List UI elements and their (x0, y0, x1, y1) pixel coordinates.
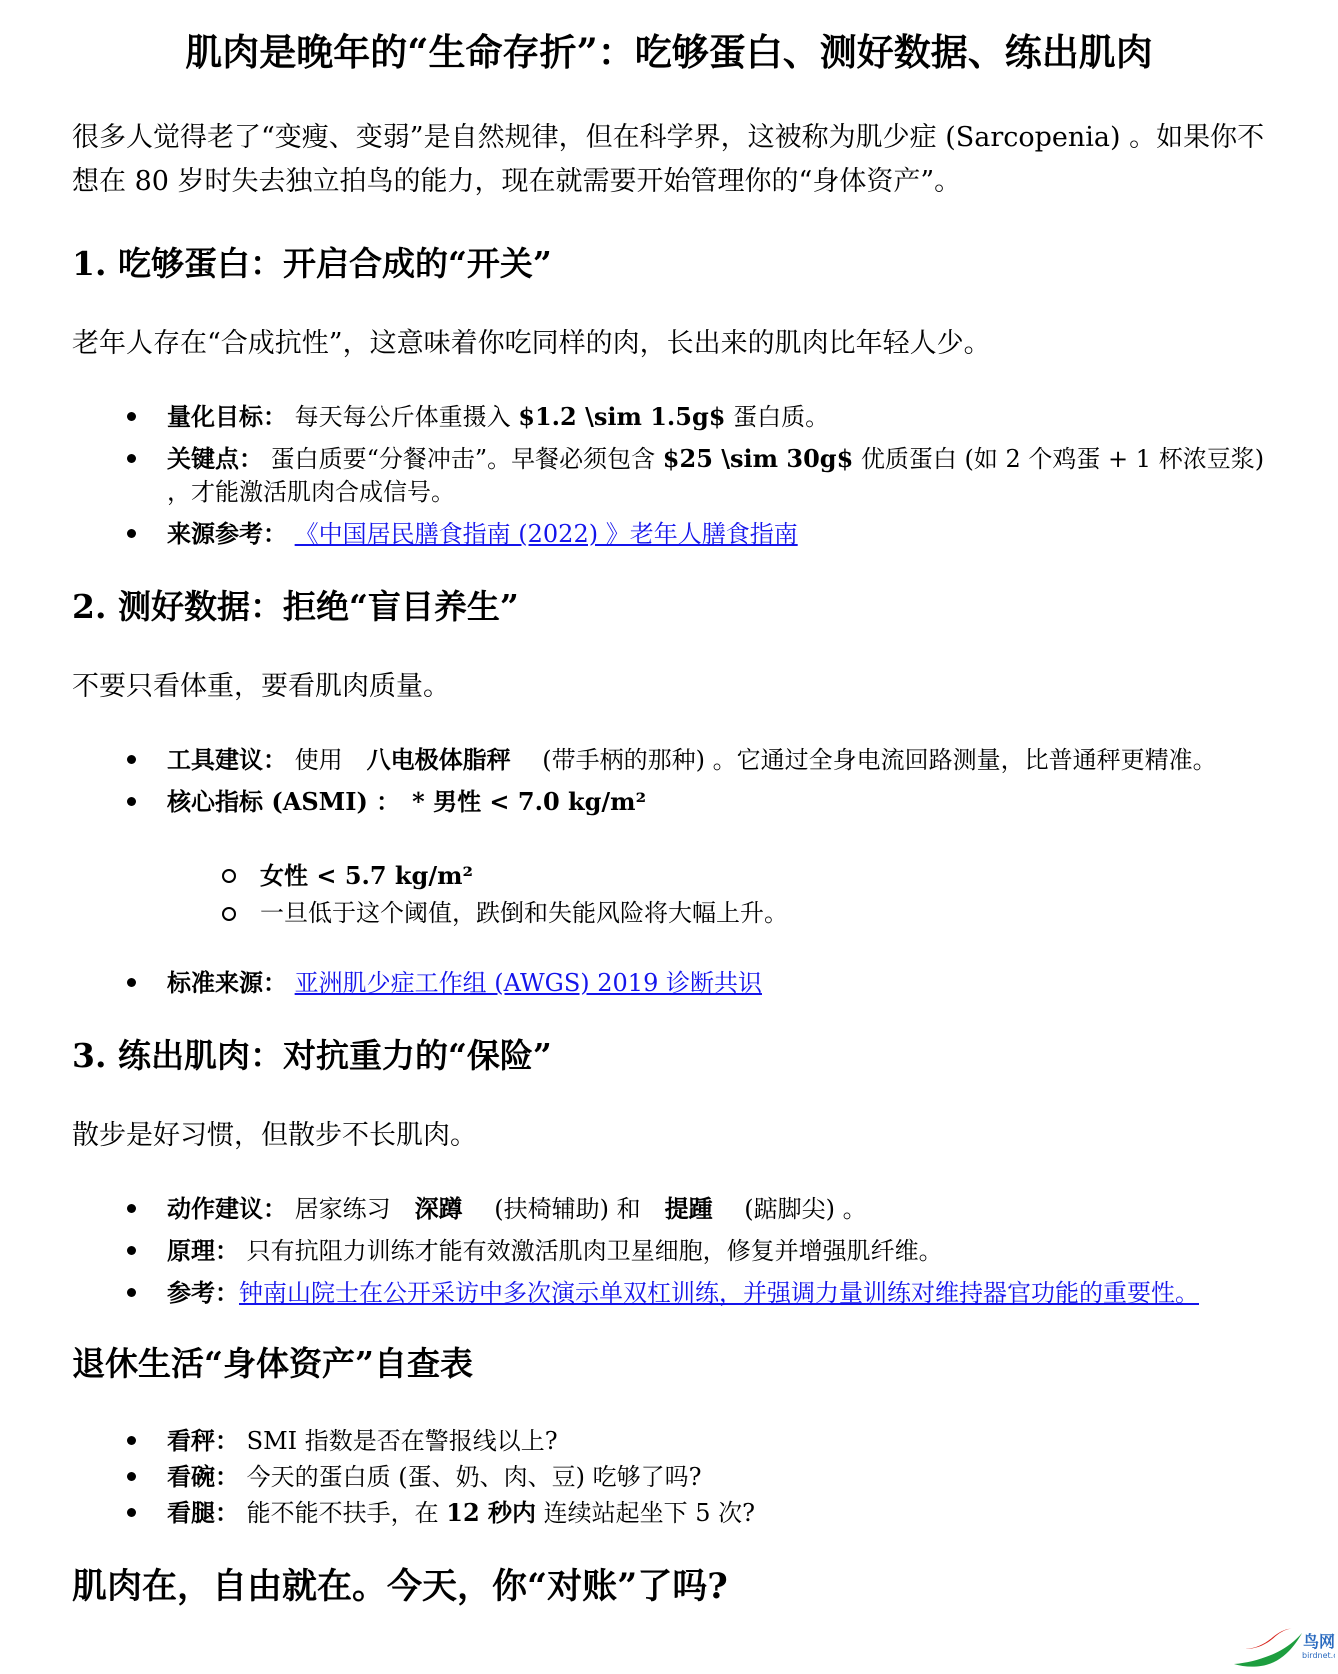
section-train-heading: 3. 练出肌肉：对抗重力的“保险” (72, 1034, 1266, 1078)
list-item: 看碗： 今天的蛋白质 (蛋、奶、肉、豆) 吃够了吗? (72, 1460, 1266, 1494)
section-protein-lead: 老年人存在“合成抗性”，这意味着你吃同样的肉，长出来的肌肉比年轻人少。 (72, 322, 1266, 366)
bullet-value: 提踵 (665, 1194, 713, 1223)
section-protein-heading: 1. 吃够蛋白：开启合成的“开关” (72, 242, 1266, 286)
list-item: 参考：钟南山院士在公开采访中多次演示单双杠训练，并强调力量训练对维持器官功能的重… (72, 1276, 1266, 1310)
link-zhongnanshan-reference[interactable]: 钟南山院士在公开采访中多次演示单双杠训练，并强调力量训练对维持器官功能的重要性。 (239, 1279, 1199, 1307)
bullet-value: 12 秒内 (446, 1498, 536, 1527)
bullet-label: 核心指标 (ASMI) ： (167, 787, 388, 816)
section-train-list: 动作建议： 居家练习 深蹲 (扶椅辅助) 和 提踵 (踮脚尖) 。 原理： 只有… (72, 1192, 1266, 1310)
bullet-label: 原理： (167, 1236, 239, 1265)
bullet-label: 动作建议： (167, 1194, 287, 1223)
sub-list-item: 一旦低于这个阈值，跌倒和失能风险将大幅上升。 (167, 897, 1266, 930)
bullet-text: 连续站起坐下 5 次? (536, 1499, 755, 1527)
bullet-label: 工具建议： (167, 745, 287, 774)
bullet-value: 八电极体脂秤 (367, 745, 511, 774)
sub-list-item: 女性 < 5.7 kg/m² (167, 859, 1266, 893)
bullet-label: 看秤： (167, 1426, 239, 1455)
list-item: 动作建议： 居家练习 深蹲 (扶椅辅助) 和 提踵 (踮脚尖) 。 (72, 1192, 1266, 1226)
bullet-text: 能不能不扶手，在 (239, 1499, 446, 1527)
page-title: 肌肉是晚年的“生命存折”：吃够蛋白、测好数据、练出肌肉 (72, 26, 1266, 78)
bullet-label: 看碗： (167, 1462, 239, 1491)
logo-domain-text: birdnet.cn (1302, 1651, 1335, 1660)
list-item: 看腿： 能不能不扶手，在 12 秒内 连续站起坐下 5 次? (72, 1496, 1266, 1530)
list-item: 来源参考： 《中国居民膳食指南 (2022) 》老年人膳食指南 (72, 517, 1266, 551)
bullet-value: * 男性 < 7.0 kg/m² (388, 787, 646, 816)
logo-brand-text: 鸟网 (1303, 1632, 1335, 1651)
bullet-label: 标准来源： (167, 968, 287, 997)
bullet-label: 看腿： (167, 1498, 239, 1527)
section-train-lead: 散步是好习惯，但散步不长肌肉。 (72, 1114, 1266, 1158)
list-item: 标准来源： 亚洲肌少症工作组 (AWGS) 2019 诊断共识 (72, 966, 1266, 1000)
bullet-text: 蛋白质。 (725, 403, 829, 431)
link-china-dietary-guidelines[interactable]: 《中国居民膳食指南 (2022) 》老年人膳食指南 (295, 520, 798, 548)
bullet-value: 深蹲 (415, 1194, 463, 1223)
sub-bullet-text: 一旦低于这个阈值，跌倒和失能风险将大幅上升。 (260, 899, 788, 927)
list-item: 工具建议： 使用 八电极体脂秤 (带手柄的那种) 。它通过全身电流回路测量，比普… (72, 743, 1266, 777)
list-item: 看秤： SMI 指数是否在警报线以上? (72, 1424, 1266, 1458)
bullet-text: 居家练习 (287, 1195, 415, 1223)
sub-bullet-text: 女性 < 5.7 kg/m² (260, 861, 473, 890)
bullet-label: 来源参考： (167, 519, 287, 548)
section-checklist-list: 看秤： SMI 指数是否在警报线以上? 看碗： 今天的蛋白质 (蛋、奶、肉、豆)… (72, 1424, 1266, 1530)
document-page: 肌肉是晚年的“生命存折”：吃够蛋白、测好数据、练出肌肉 很多人觉得老了“变瘦、变… (0, 0, 1338, 1674)
bullet-text: SMI 指数是否在警报线以上? (239, 1427, 558, 1455)
bullet-text: 使用 (287, 746, 367, 774)
bullet-text: 今天的蛋白质 (蛋、奶、肉、豆) 吃够了吗? (239, 1463, 701, 1491)
bullet-text: (踮脚尖) 。 (713, 1195, 867, 1223)
bullet-value: $1.2 \sim 1.5g$ (518, 402, 725, 431)
intro-paragraph: 很多人觉得老了“变瘦、变弱”是自然规律，但在科学界，这被称为肌少症 (Sarco… (72, 116, 1266, 204)
bullet-label: 量化目标： (167, 402, 287, 431)
link-awgs-2019[interactable]: 亚洲肌少症工作组 (AWGS) 2019 诊断共识 (295, 969, 762, 997)
section-checklist-heading: 退休生活“身体资产”自查表 (72, 1342, 1266, 1386)
logo-red-swoosh (1245, 1629, 1292, 1650)
section-measure-heading: 2. 测好数据：拒绝“盲目养生” (72, 585, 1266, 629)
logo-green-swoosh (1234, 1633, 1302, 1667)
section-measure-lead: 不要只看体重，要看肌肉质量。 (72, 665, 1266, 709)
list-item: 原理： 只有抗阻力训练才能有效激活肌肉卫星细胞，修复并增强肌纤维。 (72, 1234, 1266, 1268)
bullet-text: 只有抗阻力训练才能有效激活肌肉卫星细胞，修复并增强肌纤维。 (239, 1237, 943, 1265)
bullet-text: (扶椅辅助) 和 (463, 1195, 665, 1223)
list-item: 核心指标 (ASMI) ： * 男性 < 7.0 kg/m² 女性 < 5.7 … (72, 785, 1266, 930)
closing-line: 肌肉在，自由就在。今天，你“对账”了吗? (72, 1563, 1266, 1611)
bullet-text: 蛋白质要“分餐冲击”。早餐必须包含 (263, 445, 663, 473)
bullet-text: (带手柄的那种) 。它通过全身电流回路测量，比普通秤更精准。 (511, 746, 1217, 774)
bullet-value: $25 \sim 30g$ (663, 444, 853, 473)
bullet-text: 每天每公斤体重摄入 (287, 403, 518, 431)
birdnet-logo: 鸟网 birdnet.cn (1233, 1622, 1335, 1670)
asmi-sub-list: 女性 < 5.7 kg/m² 一旦低于这个阈值，跌倒和失能风险将大幅上升。 (167, 859, 1266, 930)
list-item: 关键点： 蛋白质要“分餐冲击”。早餐必须包含 $25 \sim 30g$ 优质蛋… (72, 442, 1266, 509)
list-item: 量化目标： 每天每公斤体重摄入 $1.2 \sim 1.5g$ 蛋白质。 (72, 400, 1266, 434)
section-measure-list: 工具建议： 使用 八电极体脂秤 (带手柄的那种) 。它通过全身电流回路测量，比普… (72, 743, 1266, 1000)
bullet-label: 关键点： (167, 444, 263, 473)
bullet-label: 参考： (167, 1278, 239, 1307)
section-protein-list: 量化目标： 每天每公斤体重摄入 $1.2 \sim 1.5g$ 蛋白质。 关键点… (72, 400, 1266, 551)
